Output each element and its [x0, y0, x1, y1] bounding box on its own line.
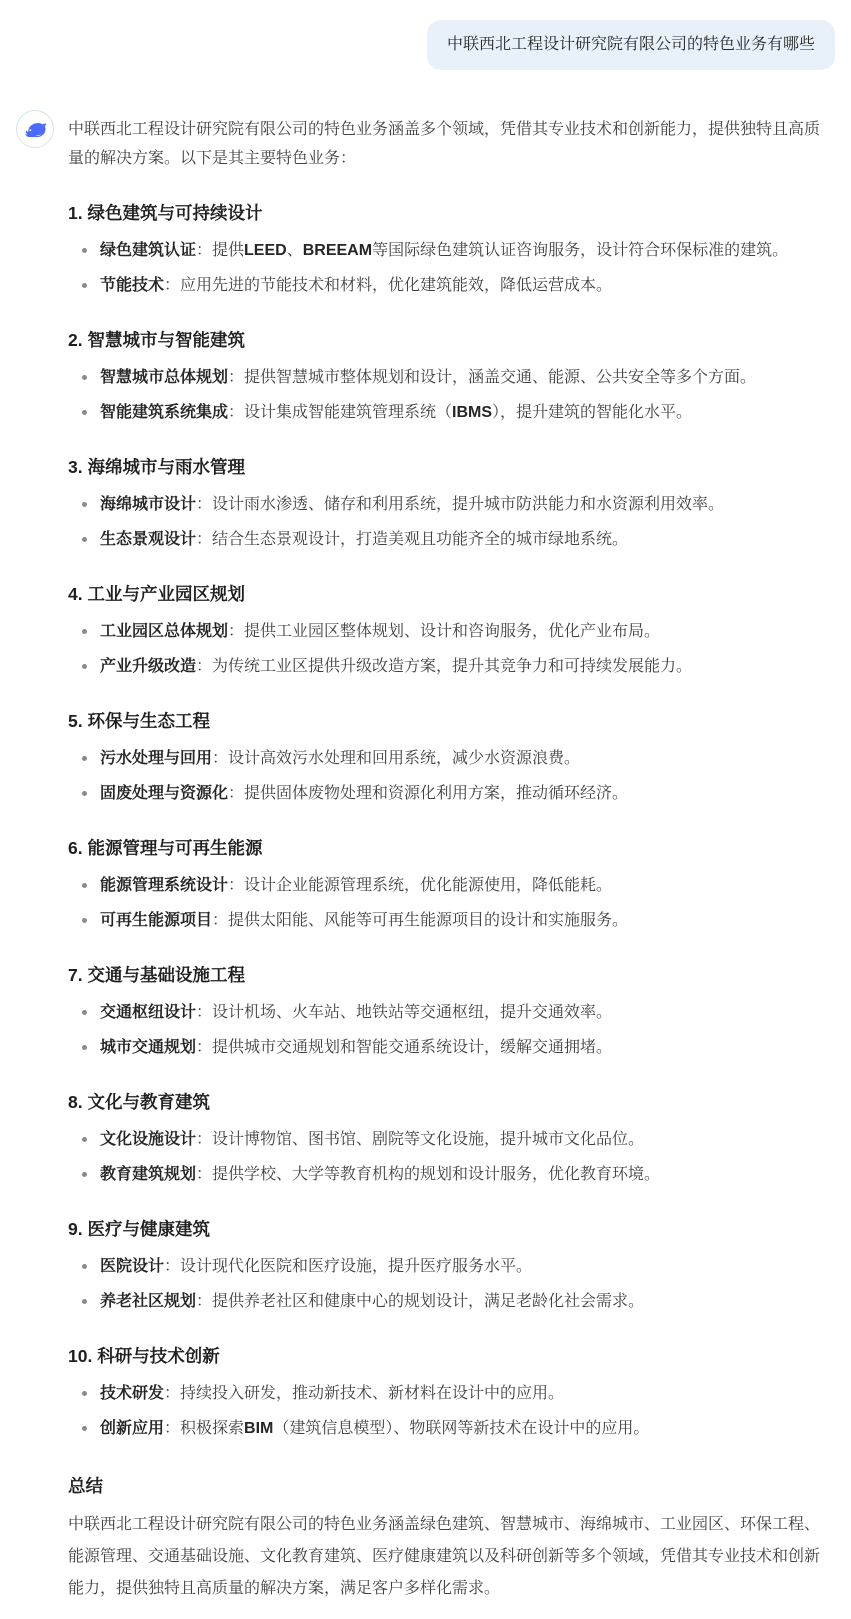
- item-text: ：设计博物馆、图书馆、剧院等文化设施，提升城市文化品位。: [196, 1131, 644, 1148]
- item-text: ：提供养老社区和健康中心的规划设计，满足老龄化社会需求。: [196, 1293, 644, 1310]
- section-heading: 9. 医疗与健康建筑: [68, 1216, 833, 1242]
- list-item: 技术研发：持续投入研发，推动新技术、新材料在设计中的应用。: [80, 1379, 833, 1408]
- item-text: ：设计企业能源管理系统，优化能源使用，降低能耗。: [228, 877, 612, 894]
- list-item: 工业园区总体规划：提供工业园区整体规划、设计和咨询服务，优化产业布局。: [80, 617, 833, 646]
- deepseek-whale-icon: [22, 116, 48, 142]
- item-text: ：设计机场、火车站、地铁站等交通枢纽，提升交通效率。: [196, 1004, 612, 1021]
- item-text: 等国际绿色建筑认证咨询服务，设计符合环保标准的建筑。: [372, 242, 788, 259]
- section-list: 绿色建筑认证：提供LEED、BREEAM等国际绿色建筑认证咨询服务，设计符合环保…: [68, 236, 833, 300]
- user-message-row: 中联西北工程设计研究院有限公司的特色业务有哪些: [16, 20, 835, 70]
- list-item: 生态景观设计：结合生态景观设计，打造美观且功能齐全的城市绿地系统。: [80, 525, 833, 554]
- section-heading: 4. 工业与产业园区规划: [68, 581, 833, 607]
- user-message-bubble: 中联西北工程设计研究院有限公司的特色业务有哪些: [427, 20, 835, 70]
- item-term: 交通枢纽设计: [100, 1004, 196, 1021]
- item-text: ：提供学校、大学等教育机构的规划和设计服务，优化教育环境。: [196, 1166, 660, 1183]
- item-term: 技术研发: [100, 1385, 164, 1402]
- section-heading: 3. 海绵城市与雨水管理: [68, 454, 833, 480]
- list-item: 能源管理系统设计：设计企业能源管理系统，优化能源使用，降低能耗。: [80, 871, 833, 900]
- item-text: ：设计集成智能建筑管理系统（: [228, 404, 452, 421]
- section-list: 交通枢纽设计：设计机场、火车站、地铁站等交通枢纽，提升交通效率。城市交通规划：提…: [68, 998, 833, 1062]
- list-item: 海绵城市设计：设计雨水渗透、储存和利用系统，提升城市防洪能力和水资源利用效率。: [80, 490, 833, 519]
- item-text: ：提供城市交通规划和智能交通系统设计，缓解交通拥堵。: [196, 1039, 612, 1056]
- section-list: 医院设计：设计现代化医院和医疗设施，提升医疗服务水平。养老社区规划：提供养老社区…: [68, 1252, 833, 1316]
- item-term: 污水处理与回用: [100, 750, 212, 767]
- intro-paragraph: 中联西北工程设计研究院有限公司的特色业务涵盖多个领域，凭借其专业技术和创新能力，…: [68, 115, 833, 173]
- item-term: IBMS: [452, 404, 492, 421]
- item-term: 能源管理系统设计: [100, 877, 228, 894]
- item-text: ：设计高效污水处理和回用系统，减少水资源浪费。: [212, 750, 580, 767]
- list-item: 养老社区规划：提供养老社区和健康中心的规划设计，满足老龄化社会需求。: [80, 1287, 833, 1316]
- item-term: 绿色建筑认证: [100, 242, 196, 259]
- section-heading: 10. 科研与技术创新: [68, 1343, 833, 1369]
- list-item: 智能建筑系统集成：设计集成智能建筑管理系统（IBMS），提升建筑的智能化水平。: [80, 398, 833, 427]
- item-term: 养老社区规划: [100, 1293, 196, 1310]
- item-text: ：设计现代化医院和医疗设施，提升医疗服务水平。: [164, 1258, 532, 1275]
- item-term: 文化设施设计: [100, 1131, 196, 1148]
- item-text: ：提供: [196, 242, 244, 259]
- item-term: 创新应用: [100, 1420, 164, 1437]
- item-text: ：提供智慧城市整体规划和设计，涵盖交通、能源、公共安全等多个方面。: [228, 369, 756, 386]
- list-item: 绿色建筑认证：提供LEED、BREEAM等国际绿色建筑认证咨询服务，设计符合环保…: [80, 236, 833, 265]
- list-item: 文化设施设计：设计博物馆、图书馆、剧院等文化设施，提升城市文化品位。: [80, 1125, 833, 1154]
- section-list: 智慧城市总体规划：提供智慧城市整体规划和设计，涵盖交通、能源、公共安全等多个方面…: [68, 363, 833, 427]
- item-term: BREEAM: [303, 242, 372, 259]
- item-text: ），提升建筑的智能化水平。: [492, 404, 692, 421]
- list-item: 教育建筑规划：提供学校、大学等教育机构的规划和设计服务，优化教育环境。: [80, 1160, 833, 1189]
- item-text: ：结合生态景观设计，打造美观且功能齐全的城市绿地系统。: [196, 531, 628, 548]
- item-text: 、: [287, 242, 303, 259]
- item-term: 可再生能源项目: [100, 912, 212, 929]
- list-item: 交通枢纽设计：设计机场、火车站、地铁站等交通枢纽，提升交通效率。: [80, 998, 833, 1027]
- item-term: 海绵城市设计: [100, 496, 196, 513]
- section-heading: 1. 绿色建筑与可持续设计: [68, 200, 833, 226]
- item-term: 固废处理与资源化: [100, 785, 228, 802]
- item-term: 工业园区总体规划: [100, 623, 228, 640]
- section-list: 海绵城市设计：设计雨水渗透、储存和利用系统，提升城市防洪能力和水资源利用效率。生…: [68, 490, 833, 554]
- item-term: BIM: [244, 1420, 273, 1437]
- list-item: 城市交通规划：提供城市交通规划和智能交通系统设计，缓解交通拥堵。: [80, 1033, 833, 1062]
- section-list: 污水处理与回用：设计高效污水处理和回用系统，减少水资源浪费。固废处理与资源化：提…: [68, 744, 833, 808]
- section-list: 文化设施设计：设计博物馆、图书馆、剧院等文化设施，提升城市文化品位。教育建筑规划…: [68, 1125, 833, 1189]
- list-item: 可再生能源项目：提供太阳能、风能等可再生能源项目的设计和实施服务。: [80, 906, 833, 935]
- item-text: ：提供固体废物处理和资源化利用方案，推动循环经济。: [228, 785, 628, 802]
- assistant-avatar: [16, 110, 54, 148]
- item-term: 生态景观设计: [100, 531, 196, 548]
- chat-page: 中联西北工程设计研究院有限公司的特色业务有哪些 中联西北工程设计研究院有限公司的…: [0, 0, 851, 1619]
- item-text: ：提供太阳能、风能等可再生能源项目的设计和实施服务。: [212, 912, 628, 929]
- item-term: LEED: [244, 242, 287, 259]
- item-term: 智能建筑系统集成: [100, 404, 228, 421]
- list-item: 污水处理与回用：设计高效污水处理和回用系统，减少水资源浪费。: [80, 744, 833, 773]
- list-item: 节能技术：应用先进的节能技术和材料，优化建筑能效，降低运营成本。: [80, 271, 833, 300]
- assistant-message-row: 中联西北工程设计研究院有限公司的特色业务涵盖多个领域，凭借其专业技术和创新能力，…: [16, 110, 835, 1605]
- item-term: 城市交通规划: [100, 1039, 196, 1056]
- section-heading: 5. 环保与生态工程: [68, 708, 833, 734]
- list-item: 固废处理与资源化：提供固体废物处理和资源化利用方案，推动循环经济。: [80, 779, 833, 808]
- item-term: 产业升级改造: [100, 658, 196, 675]
- list-item: 产业升级改造：为传统工业区提供升级改造方案，提升其竞争力和可持续发展能力。: [80, 652, 833, 681]
- section-heading: 6. 能源管理与可再生能源: [68, 835, 833, 861]
- summary-heading: 总结: [68, 1473, 833, 1499]
- sections: 1. 绿色建筑与可持续设计绿色建筑认证：提供LEED、BREEAM等国际绿色建筑…: [68, 200, 833, 1443]
- item-term: 智慧城市总体规划: [100, 369, 228, 386]
- section-heading: 2. 智慧城市与智能建筑: [68, 327, 833, 353]
- list-item: 智慧城市总体规划：提供智慧城市整体规划和设计，涵盖交通、能源、公共安全等多个方面…: [80, 363, 833, 392]
- item-term: 教育建筑规划: [100, 1166, 196, 1183]
- section-heading: 8. 文化与教育建筑: [68, 1089, 833, 1115]
- assistant-message: 中联西北工程设计研究院有限公司的特色业务涵盖多个领域，凭借其专业技术和创新能力，…: [68, 110, 835, 1605]
- section-list: 技术研发：持续投入研发，推动新技术、新材料在设计中的应用。创新应用：积极探索BI…: [68, 1379, 833, 1443]
- item-term: 医院设计: [100, 1258, 164, 1275]
- section-heading: 7. 交通与基础设施工程: [68, 962, 833, 988]
- section-list: 能源管理系统设计：设计企业能源管理系统，优化能源使用，降低能耗。可再生能源项目：…: [68, 871, 833, 935]
- summary-paragraph: 中联西北工程设计研究院有限公司的特色业务涵盖绿色建筑、智慧城市、海绵城市、工业园…: [68, 1509, 833, 1605]
- item-text: ：设计雨水渗透、储存和利用系统，提升城市防洪能力和水资源利用效率。: [196, 496, 724, 513]
- list-item: 创新应用：积极探索BIM（建筑信息模型）、物联网等新技术在设计中的应用。: [80, 1414, 833, 1443]
- item-text: ：提供工业园区整体规划、设计和咨询服务，优化产业布局。: [228, 623, 660, 640]
- list-item: 医院设计：设计现代化医院和医疗设施，提升医疗服务水平。: [80, 1252, 833, 1281]
- item-text: ：应用先进的节能技术和材料，优化建筑能效，降低运营成本。: [164, 277, 612, 294]
- item-term: 节能技术: [100, 277, 164, 294]
- item-text: ：持续投入研发，推动新技术、新材料在设计中的应用。: [164, 1385, 564, 1402]
- item-text: （建筑信息模型）、物联网等新技术在设计中的应用。: [273, 1420, 649, 1437]
- item-text: ：积极探索: [164, 1420, 244, 1437]
- item-text: ：为传统工业区提供升级改造方案，提升其竞争力和可持续发展能力。: [196, 658, 692, 675]
- section-list: 工业园区总体规划：提供工业园区整体规划、设计和咨询服务，优化产业布局。产业升级改…: [68, 617, 833, 681]
